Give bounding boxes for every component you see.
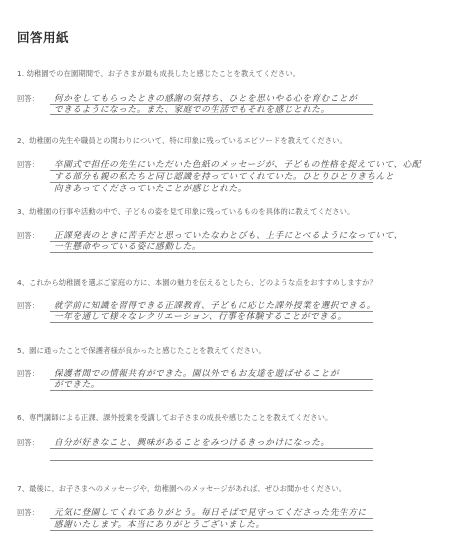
answer-label: 回答： (17, 508, 39, 518)
question-text: 3、幼稚園の行事や活動の中で、子どもの姿を見て印象に残っているものを具体的に教え… (17, 207, 354, 217)
handwritten-answer-line: 卒園式で担任の先生にいただいた色紙のメッセージが、子どもの性格を捉えていて、心配 (54, 158, 421, 170)
handwritten-answer-line: 一生懸命やっている姿に感動した。 (54, 240, 201, 252)
question-text: 2、幼稚園の先生や職員との関わりについて、特に印象に残っているエピソードを教えて… (17, 136, 347, 146)
answer-rule (50, 390, 373, 391)
handwritten-answer-line: 元気に登園してくれてありがとう。毎日そばで見守ってくださった先生方に (54, 506, 367, 518)
question-text: 6、専門講師による正課、課外授業を受講してお子さまの成長や感じたことを教えてくだ… (17, 413, 332, 423)
answer-rule (50, 530, 373, 531)
question-text: 1. 幼稚園での在園期間で、お子さまが最も成長したと感じたことを教えてください。 (17, 69, 300, 79)
answer-rule (50, 460, 373, 461)
question-text: 5、園に通ったことで保護者様が良かったと感じたことを教えてください。 (17, 346, 266, 356)
handwritten-answer-line: 向きあってくださっていたことが感じとれた。 (54, 182, 247, 194)
page-title: 回答用紙 (17, 28, 69, 46)
answer-label: 回答： (17, 231, 39, 241)
answer-label: 回答： (17, 438, 39, 448)
answer-label: 回答： (17, 301, 39, 311)
answer-rule (50, 448, 373, 449)
handwritten-answer-line: 自分が好きなこと、興味があることをみつけるきっかけになった。 (54, 436, 330, 448)
answer-rule (50, 322, 373, 323)
answer-label: 回答： (17, 369, 39, 379)
handwritten-answer-line: ができた。 (54, 378, 100, 390)
answer-label: 回答： (17, 160, 39, 170)
handwritten-answer-line: する部分も親の私たちと同じ認識を持っていてくれていた。ひとりひとりきちんと (54, 170, 394, 182)
handwritten-answer-line: 感謝いたします。本当にありがとうございました。 (54, 518, 265, 530)
answer-label: 回答： (17, 94, 39, 104)
handwritten-answer-line: 一年を通して様々なレクリエーション、行事を体験することができる。 (54, 310, 347, 322)
question-text: 7、最後に、お子さまへのメッセージや、幼稚園へのメッセージがあれば、ぜひお聞かせ… (17, 484, 346, 494)
answer-rule (50, 252, 373, 253)
answer-rule (50, 114, 373, 115)
question-text: 4、これから幼稚園を選ぶご家庭の方に、本園の魅力を伝えるとしたら、どのような点を… (17, 278, 377, 288)
